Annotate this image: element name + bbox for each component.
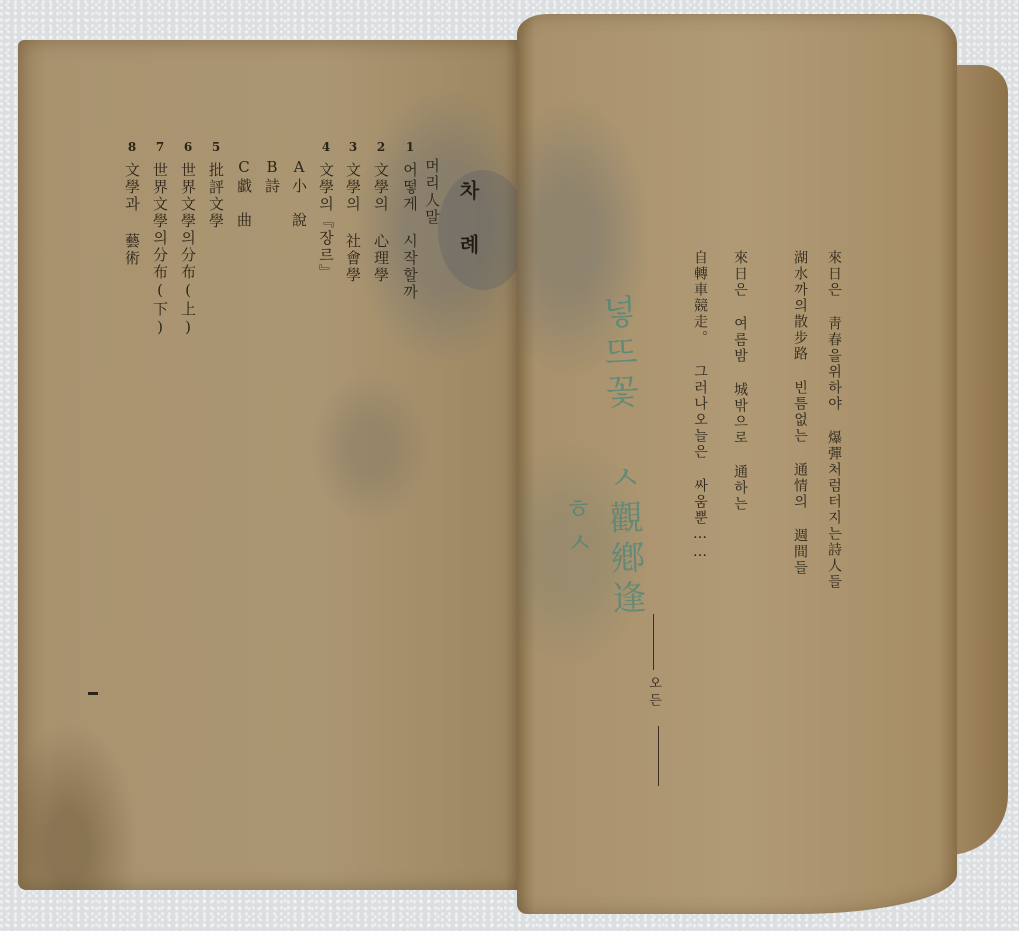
toc-entry-6: 6世界文學의分布(上) [180,140,195,338]
toc-entry-7: 7世界文學의分布(下) [152,140,167,338]
poem-line-2: 湖水까의散步路 빈틈없는 通情의 週間들 [793,250,807,576]
signature-dash-top [653,614,654,670]
handwritten-annotation: 넣뜨꽃 ㅅ觀鄕逢 [591,293,651,621]
right-page-poem: 來日은 靑春을위하야 爆彈처럼터지는詩人들 湖水까의散步路 빈틈없는 通情의 週… [517,14,957,914]
toc-entry-8: 8文學과 藝術 [124,140,139,267]
left-page-contents: 차례 머리人말 1어떻게 시작할까 2文學의 心理學 3文學의 社會學 4文學의… [18,40,520,890]
toc-entry-1: 1어떻게 시작할까 [402,140,417,301]
toc-entry-5: 5批評文學 [208,140,223,230]
toc-entry-3: 3文學의 社會學 [345,140,360,284]
blue-stain [438,170,528,290]
contents-title: 차례 [458,180,478,288]
toc-entry-4: 4文學의『장르』 [318,140,333,281]
poem-signature: 오든 [647,676,660,710]
toc-entry-2: 2文學의 心理學 [373,140,388,284]
handwritten-annotation-2: ㅎㅅ [556,493,598,562]
toc-entry-c: C戱 曲 [236,158,251,229]
page-mark [88,692,98,695]
poem-line-1: 來日은 靑春을위하야 爆彈처럼터지는詩人들 [827,250,841,590]
toc-entry-b: B詩 [264,158,279,195]
signature-dash-bottom [658,726,659,786]
toc-entry-a: A小 說 [291,158,306,229]
poem-line-4: 自轉車競走。 그러나오늘은 싸움뿐…… [693,250,707,562]
toc-entry-1-heading: 머리人말 [424,158,439,226]
poem-line-3: 來日은 여름밤 城밖으로 通하는 [733,250,747,512]
